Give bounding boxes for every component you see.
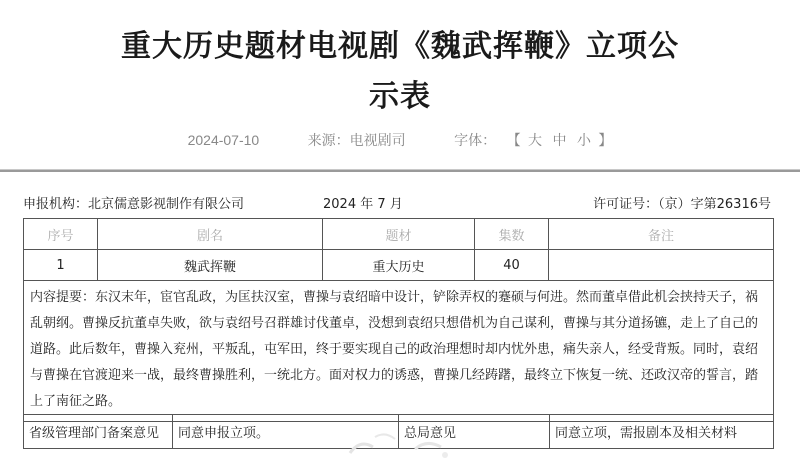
- column-header-remarks: 备注: [549, 219, 774, 250]
- synopsis-row: 内容提要：东汉末年，宦官乱政，为匡扶汉室，曹操与袁绍暗中设计，铲除弄权的蹇硕与何…: [24, 281, 774, 422]
- provincial-opinion-label: 省级管理部门备案意见: [24, 415, 173, 449]
- cell-genre: 重大历史: [323, 250, 475, 281]
- bracket-close: 】: [598, 130, 612, 150]
- font-size-large-button[interactable]: 大: [528, 130, 542, 150]
- cell-episodes: 40: [475, 250, 549, 281]
- document-header: 申报机构：北京儒意影视制作有限公司 2024 年 7 月 许可证号：（京）字第2…: [23, 193, 773, 213]
- column-header-name: 剧名: [98, 219, 323, 250]
- column-header-index: 序号: [24, 219, 98, 250]
- column-header-episodes: 集数: [475, 219, 549, 250]
- article-meta: 2024-07-10 来源：电视剧司 字体： 【 大 中 小 】: [0, 130, 800, 150]
- bracket-open: 【: [507, 130, 521, 150]
- central-opinion-value: 同意立项，需报剧本及相关材料: [550, 415, 774, 449]
- source-label: 来源：电视剧司: [308, 130, 406, 150]
- publish-date: 2024-07-10: [188, 132, 260, 148]
- header-divider: [0, 169, 800, 172]
- cell-name: 魏武挥鞭: [98, 250, 323, 281]
- table-header-row: 序号 剧名 题材 集数 备注: [24, 219, 774, 250]
- page-title: 重大历史题材电视剧《魏武挥鞭》立项公 示表: [0, 22, 800, 122]
- central-opinion-label: 总局意见: [399, 415, 550, 449]
- cell-index: 1: [24, 250, 98, 281]
- provincial-opinion-value: 同意申报立项。: [173, 415, 399, 449]
- opinions-row: 省级管理部门备案意见 同意申报立项。 总局意见 同意立项，需报剧本及相关材料: [24, 415, 774, 449]
- report-date: 2024 年 7 月: [323, 193, 403, 212]
- license-number: 许可证号：（京）字第26316号: [593, 193, 771, 212]
- announcement-page: 重大历史题材电视剧《魏武挥鞭》立项公 示表 2024-07-10 来源：电视剧司…: [0, 0, 800, 465]
- synopsis-text: 内容提要：东汉末年，宦官乱政，为匡扶汉室，曹操与袁绍暗中设计，铲除弄权的蹇硕与何…: [24, 281, 774, 422]
- cell-remarks: [549, 250, 774, 281]
- title-line-2: 示表: [0, 72, 800, 122]
- opinions-table: 省级管理部门备案意见 同意申报立项。 总局意见 同意立项，需报剧本及相关材料: [23, 414, 774, 449]
- project-table: 序号 剧名 题材 集数 备注 1 魏武挥鞭 重大历史 40 内容提要：东汉末年，…: [23, 218, 774, 422]
- title-line-1: 重大历史题材电视剧《魏武挥鞭》立项公: [0, 22, 800, 72]
- column-header-genre: 题材: [323, 219, 475, 250]
- applicant-org: 申报机构：北京儒意影视制作有限公司: [23, 193, 244, 212]
- font-size-medium-button[interactable]: 中: [552, 130, 566, 150]
- table-row: 1 魏武挥鞭 重大历史 40: [24, 250, 774, 281]
- font-size-label: 字体：: [454, 130, 496, 150]
- font-size-small-button[interactable]: 小: [577, 130, 591, 150]
